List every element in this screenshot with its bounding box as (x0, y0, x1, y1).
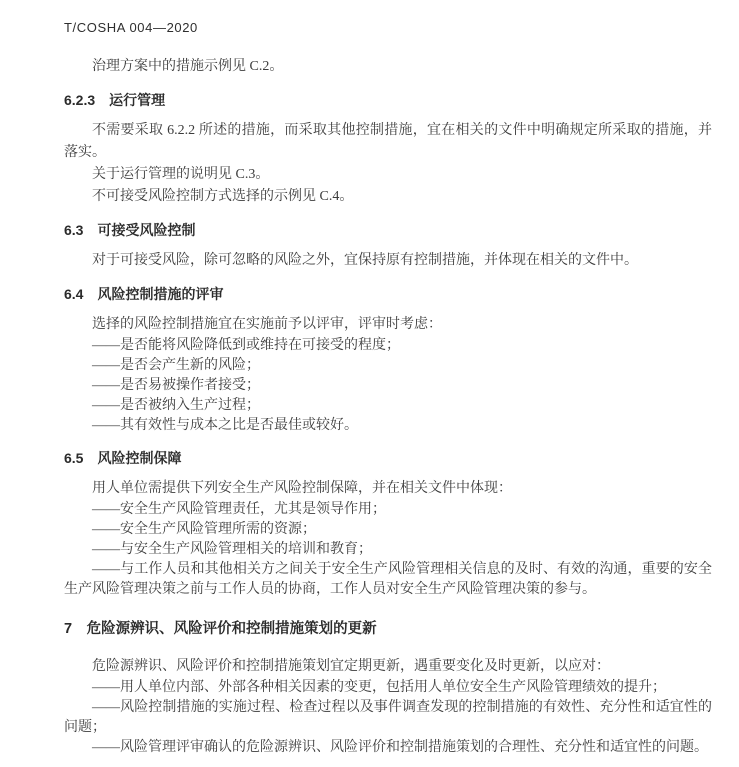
section-heading-6-4: 6.4风险控制措施的评审 (64, 286, 712, 302)
dash-list-item: ——是否易被操作者接受； (64, 376, 712, 396)
section-heading-6-2-3: 6.2.3运行管理 (64, 92, 712, 108)
section-title: 运行管理 (109, 92, 165, 108)
paragraph: 用人单位需提供下列安全生产风险控制保障，并在相关文件中体现： (64, 478, 712, 500)
dash-list-item: ——用人单位内部、外部各种相关因素的变更，包括用人单位安全生产风险管理绩效的提升… (64, 678, 712, 698)
dash-list-item: ——是否会产生新的风险； (64, 356, 712, 376)
dash-list-item: ——与安全生产风险管理相关的培训和教育； (64, 540, 712, 560)
paragraph: 关于运行管理的说明见 C.3。 (64, 164, 712, 186)
section-number: 6.4 (64, 286, 83, 302)
paragraph: 对于可接受风险，除可忽略的风险之外，宜保持原有控制措施，并体现在相关的文件中。 (64, 250, 712, 272)
dash-list-item: ——风险管理评审确认的危险源辨识、风险评价和控制措施策划的合理性、充分性和适宜性… (64, 738, 712, 758)
section-title: 可接受风险控制 (97, 222, 195, 238)
paragraph: 选择的风险控制措施宜在实施前予以评审，评审时考虑： (64, 314, 712, 336)
section-heading-6-5: 6.5风险控制保障 (64, 450, 712, 466)
chapter-heading-7: 7危险源辨识、风险评价和控制措施策划的更新 (64, 620, 712, 638)
section-number: 6.3 (64, 222, 83, 238)
dash-list-item: ——安全生产风险管理所需的资源； (64, 520, 712, 540)
paragraph: 不可接受风险控制方式选择的示例见 C.4。 (64, 186, 712, 208)
paragraph: 危险源辨识、风险评价和控制措施策划宜定期更新，遇重要变化及时更新，以应对： (64, 656, 712, 678)
paragraph: 治理方案中的措施示例见 C.2。 (64, 56, 712, 78)
paragraph: 不需要采取 6.2.2 所述的措施，而采取其他控制措施，宜在相关的文件中明确规定… (64, 120, 712, 164)
section-heading-6-3: 6.3可接受风险控制 (64, 222, 712, 238)
chapter-title: 危险源辨识、风险评价和控制措施策划的更新 (87, 621, 377, 637)
dash-list-item: ——与工作人员和其他相关方之间关于安全生产风险管理相关信息的及时、有效的沟通，重… (64, 560, 712, 600)
section-number: 6.5 (64, 450, 83, 466)
dash-list-item: ——其有效性与成本之比是否最佳或较好。 (64, 416, 712, 436)
chapter-number: 7 (64, 621, 72, 637)
dash-list-item: ——是否能将风险降低到或维持在可接受的程度； (64, 336, 712, 356)
dash-list-item: ——风险控制措施的实施过程、检查过程以及事件调查发现的控制措施的有效性、充分性和… (64, 698, 712, 738)
section-title: 风险控制措施的评审 (97, 286, 223, 302)
dash-list-item: ——安全生产风险管理责任，尤其是领导作用； (64, 500, 712, 520)
document-page: T/COSHA 004—2020 治理方案中的措施示例见 C.2。 6.2.3运… (0, 0, 739, 767)
section-title: 风险控制保障 (97, 450, 181, 466)
dash-list-item: ——是否被纳入生产过程； (64, 396, 712, 416)
section-number: 6.2.3 (64, 92, 95, 108)
doc-number: T/COSHA 004—2020 (64, 20, 712, 36)
